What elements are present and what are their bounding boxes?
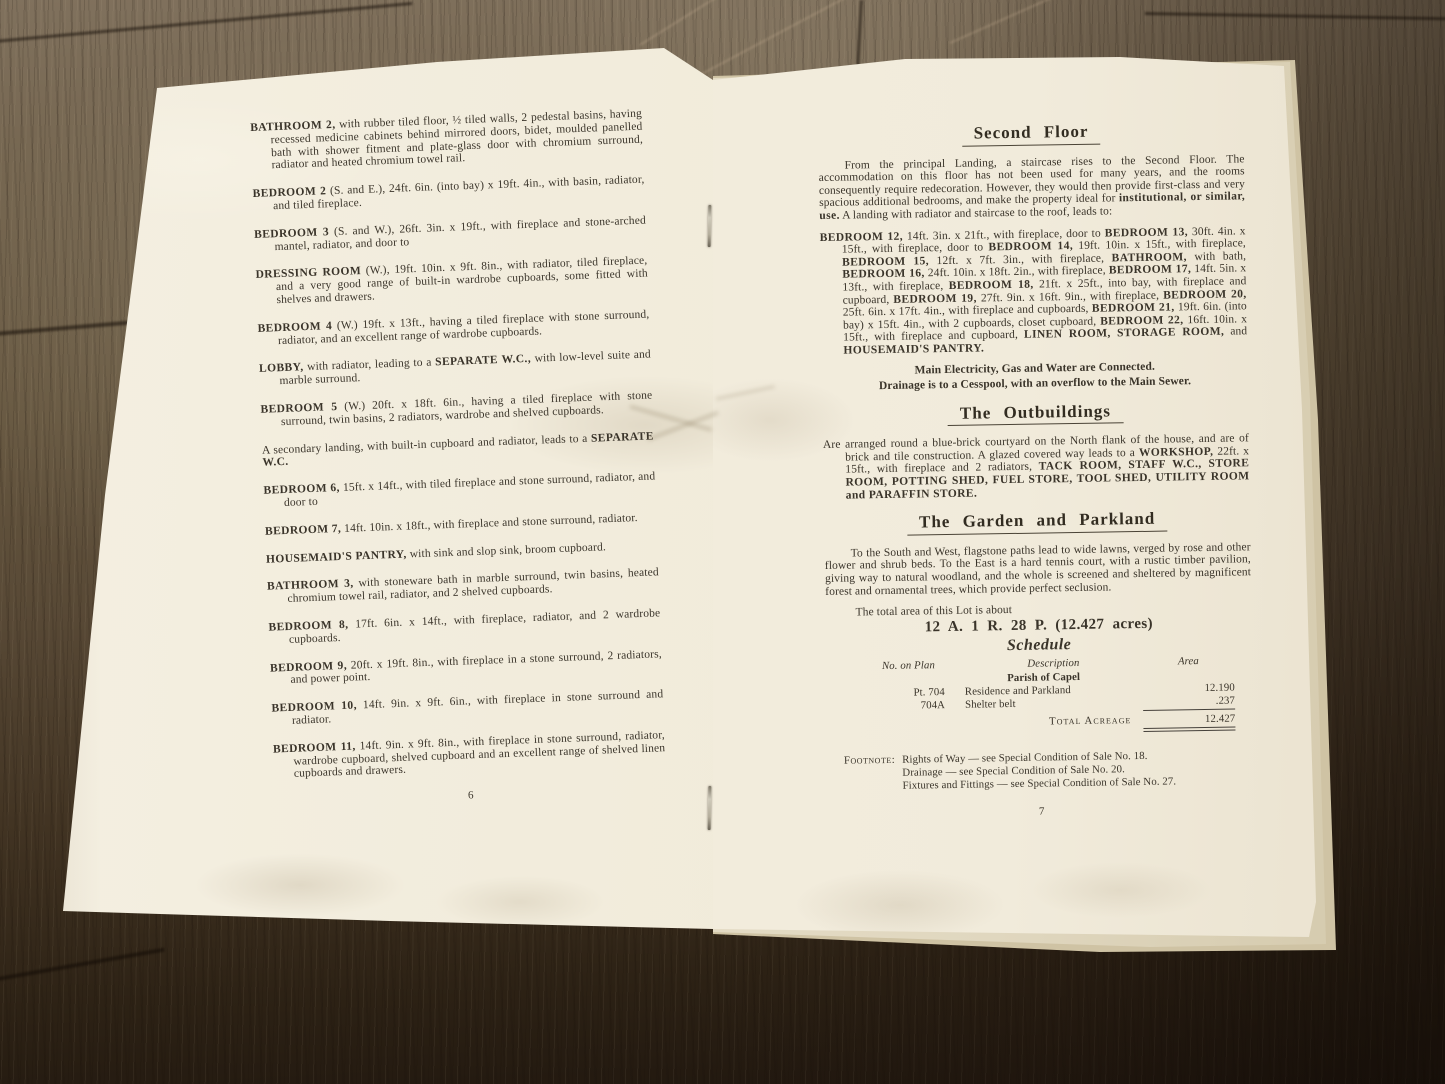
footnote-block: Footnote: Rights of Way — see Special Co… bbox=[844, 748, 1255, 794]
property-entry: DRESSING ROOM (W.), 19ft. 10in. x 9ft. 8… bbox=[255, 255, 648, 308]
outbuildings-heading: The Outbuildings bbox=[822, 403, 1248, 428]
property-entry: BEDROOM 2 (S. and E.), 24ft. 6in. (into … bbox=[252, 174, 645, 214]
schedule-header-plan: No. on Plan bbox=[852, 659, 964, 673]
property-entry: BEDROOM 6, 15ft. x 14ft., with tiled fir… bbox=[263, 471, 656, 511]
schedule-total-row: Total Acreage 12.427 bbox=[853, 708, 1235, 736]
property-entry: A secondary landing, with built-in cupbo… bbox=[262, 430, 655, 470]
row-area: .237 bbox=[1143, 694, 1235, 708]
second-floor-bedrooms: BEDROOM 12, 14ft. 3in. x 21ft., with fir… bbox=[820, 225, 1248, 358]
total-area-value: 12 A. 1 R. 28 P. (12.427 acres) bbox=[826, 616, 1252, 635]
left-page-text: BATHROOM 2, with rubber tiled floor, ½ t… bbox=[250, 108, 667, 810]
property-entry: BEDROOM 10, 14ft. 9in. x 9ft. 6in., with… bbox=[271, 688, 664, 728]
property-entry: BATHROOM 3, with stoneware bath in marbl… bbox=[267, 567, 660, 607]
schedule-table: No. on Plan Description Area Parish of C… bbox=[852, 655, 1235, 737]
row-description: Shelter belt bbox=[965, 696, 1143, 711]
footnote-label: Footnote: bbox=[844, 754, 896, 794]
photo-scene: BATHROOM 2, with rubber tiled floor, ½ t… bbox=[0, 0, 1445, 1084]
schedule-title: Schedule bbox=[826, 637, 1252, 656]
schedule-header-description: Description bbox=[964, 656, 1142, 671]
property-entry: BEDROOM 5 (W.) 20ft. x 18ft. 6in., havin… bbox=[260, 389, 653, 429]
property-entry: BEDROOM 9, 20ft. x 19ft. 8in., with fire… bbox=[270, 648, 663, 688]
drainage-line: Drainage is to a Cesspool, with an overf… bbox=[822, 374, 1248, 393]
left-page-entries: BATHROOM 2, with rubber tiled floor, ½ t… bbox=[250, 108, 666, 782]
schedule-header-area: Area bbox=[1142, 655, 1234, 669]
right-page-text: Second Floor From the principal Landing,… bbox=[818, 123, 1255, 821]
outbuildings-paragraph: Are arranged round a blue-brick courtyar… bbox=[823, 433, 1250, 503]
footnote-lines: Rights of Way — see Special Condition of… bbox=[902, 749, 1176, 793]
property-entry: BEDROOM 3 (S. and W.), 26ft. 3in. x 19ft… bbox=[254, 214, 647, 254]
garden-parkland-heading: The Garden and Parkland bbox=[824, 512, 1250, 537]
property-entry: BEDROOM 11, 14ft. 9in. x 9ft. 8in., with… bbox=[273, 729, 666, 782]
property-entry: BEDROOM 8, 17ft. 6in. x 14ft., with fire… bbox=[268, 607, 661, 647]
total-acreage-label: Total Acreage bbox=[965, 710, 1143, 735]
property-entry: HOUSEMAID'S PANTRY, with sink and slop s… bbox=[266, 539, 658, 566]
property-entry: LOBBY, with radiator, leading to a SEPAR… bbox=[259, 349, 652, 389]
property-entry: BEDROOM 7, 14ft. 10in. x 18ft., with fir… bbox=[265, 511, 657, 538]
second-floor-intro: From the principal Landing, a staircase … bbox=[818, 153, 1245, 223]
row-plan: 704A bbox=[853, 698, 965, 712]
total-acreage-value: 12.427 bbox=[1143, 708, 1235, 732]
garden-paragraph: To the South and West, flagstone paths l… bbox=[825, 541, 1252, 598]
property-entry: BEDROOM 4 (W.) 19ft. x 13ft., having a t… bbox=[257, 308, 650, 348]
